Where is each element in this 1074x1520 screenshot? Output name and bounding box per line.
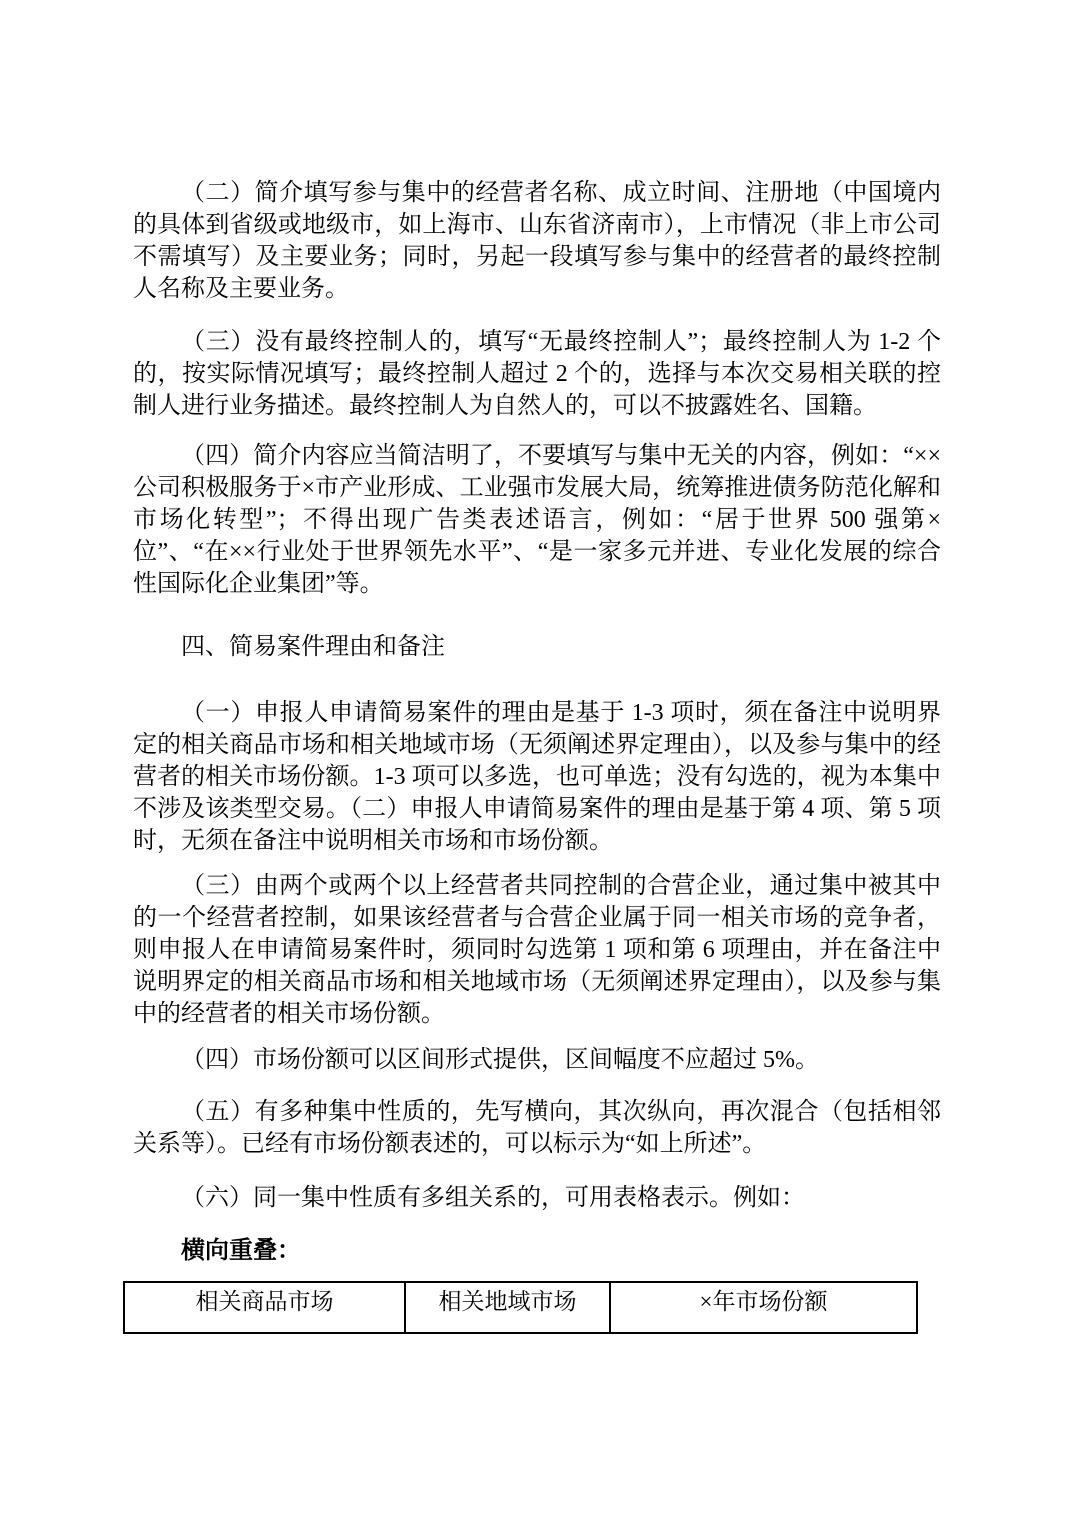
table-header-row: 相关商品市场 相关地域市场 ×年市场份额	[124, 1282, 917, 1333]
horizontal-overlap-table: 相关商品市场 相关地域市场 ×年市场份额	[123, 1281, 918, 1334]
document-page: （二）简介填写参与集中的经营者名称、成立时间、注册地（中国境内的具体到省级或地级…	[0, 0, 1074, 1520]
table-label-horizontal-overlap: 横向重叠：	[133, 1235, 941, 1267]
para-reason-5-concentration-nature-order: （五）有多种集中性质的，先写横向，其次纵向，再次混合（包括相邻关系等）。已经有市…	[133, 1096, 941, 1160]
table-header-product-market: 相关商品市场	[124, 1282, 405, 1333]
document-content: （二）简介填写参与集中的经营者名称、成立时间、注册地（中国境内的具体到省级或地级…	[133, 0, 941, 1334]
section-heading: 四、简易案件理由和备注	[133, 631, 941, 663]
para-item-2-operator-brief: （二）简介填写参与集中的经营者名称、成立时间、注册地（中国境内的具体到省级或地级…	[133, 177, 941, 305]
para-item-3-ultimate-controller: （三）没有最终控制人的，填写“无最终控制人”；最终控制人为 1-2 个的，按实际…	[133, 326, 941, 422]
para-item-4-brief-content-rules: （四）简介内容应当简洁明了，不要填写与集中无关的内容，例如：“××公司积极服务于…	[133, 440, 941, 600]
table-header-geographic-market: 相关地域市场	[405, 1282, 610, 1333]
para-reason-6-use-table: （六）同一集中性质有多组关系的，可用表格表示。例如：	[133, 1182, 941, 1214]
para-reason-3-joint-venture: （三）由两个或两个以上经营者共同控制的合营企业，通过集中被其中的一个经营者控制，…	[133, 870, 941, 1030]
table-header-year-market-share: ×年市场份额	[610, 1282, 917, 1333]
para-reason-4-market-share-range: （四）市场份额可以区间形式提供，区间幅度不应超过 5%。	[133, 1044, 941, 1076]
para-reason-1-items-1-3: （一）申报人申请简易案件的理由是基于 1-3 项时，须在备注中说明界定的相关商品…	[133, 697, 941, 857]
